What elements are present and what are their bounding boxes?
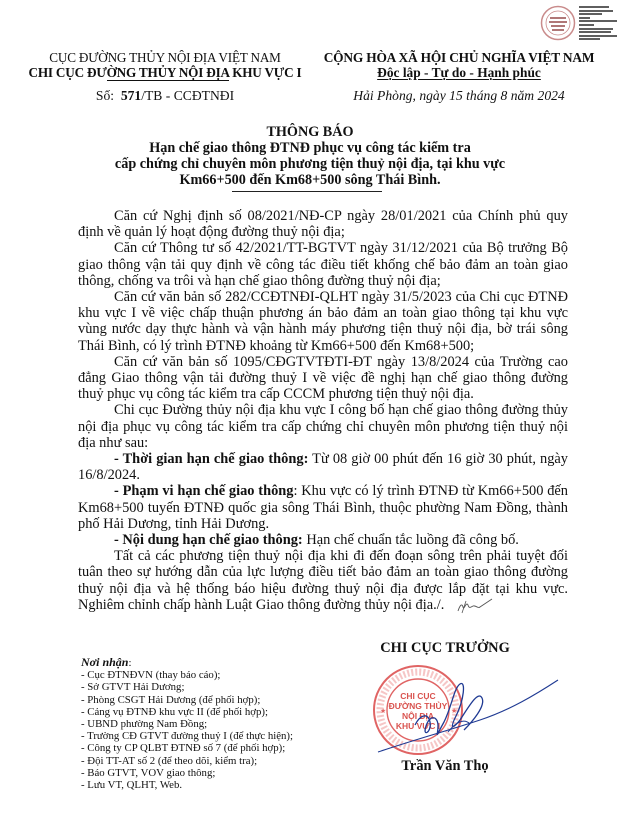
legal-basis-1: Căn cứ Nghị định số 08/2021/NĐ-CP ngày 2… — [78, 208, 568, 240]
restriction-content: - Nội dung hạn chế giao thông: Hạn chế c… — [78, 532, 568, 548]
seal-icon — [540, 5, 576, 41]
title-line-3: Km66+500 đến Km68+500 sông Thái Bình. — [60, 172, 560, 188]
legal-basis-2: Căn cứ Thông tư số 42/2021/TT-BGTVT ngày… — [78, 240, 568, 289]
title-line-2: cấp chứng chỉ chuyên môn phương tiện thu… — [60, 156, 560, 172]
recipient-item: - Sở GTVT Hải Dương; — [81, 681, 351, 693]
restriction-scope: - Phạm vi hạn chế giao thông: Khu vực có… — [78, 483, 568, 532]
recipient-item: - Cục ĐTNĐVN (thay báo cáo); — [81, 669, 351, 681]
restriction-time: - Thời gian hạn chế giao thông: Từ 08 gi… — [78, 451, 568, 483]
announcement: Chi cục Đường thủy nội địa khu vực I côn… — [78, 402, 568, 451]
signature-info-text — [579, 6, 617, 42]
signer-name: Trần Văn Thọ — [360, 758, 530, 775]
national-header: CỘNG HÒA XÃ HỘI CHỦ NGHĨA VIỆT NAM Độc l… — [300, 50, 618, 80]
recipient-item: - Lưu VT, QLHT, Web. — [81, 779, 351, 791]
parent-agency: CỤC ĐƯỜNG THỦY NỘI ĐỊA VIỆT NAM — [20, 50, 310, 65]
issuing-agency: CỤC ĐƯỜNG THỦY NỘI ĐỊA VIỆT NAM CHI CỤC … — [20, 50, 310, 80]
title-underline — [232, 191, 382, 192]
agency-name: CHI CỤC ĐƯỜNG THỦY NỘI ĐỊA KHU VỰC I — [20, 65, 310, 80]
title-line-1: Hạn chế giao thông ĐTNĐ phục vụ công tác… — [60, 140, 560, 156]
recipient-item: - Đội TT-AT số 2 (để theo dõi, kiểm tra)… — [81, 755, 351, 767]
initial-mark-icon — [454, 597, 494, 615]
document-number: Số: 571/TB - CCĐTNĐI — [40, 88, 290, 104]
place-date: Hải Phòng, ngày 15 tháng 8 năm 2024 — [300, 88, 618, 104]
notice-body: Căn cứ Nghị định số 08/2021/NĐ-CP ngày 2… — [78, 208, 568, 615]
legal-basis-3: Căn cứ văn bản số 282/CCĐTNĐI-QLHT ngày … — [78, 289, 568, 354]
recipient-item: - Báo GTVT, VOV giao thông; — [81, 767, 351, 779]
signer-title: CHI CỤC TRƯỞNG — [360, 640, 530, 657]
digital-signature-block — [540, 5, 618, 45]
legal-basis-4: Căn cứ văn bản số 1095/CĐGTVTĐTI-ĐT ngày… — [78, 354, 568, 403]
recipient-item: - Cảng vụ ĐTNĐ khu vực II (để phối hợp); — [81, 706, 351, 718]
national-motto: Độc lập - Tự do - Hạnh phúc — [377, 65, 541, 80]
recipient-item: - Phòng CSGT Hải Dương (để phối hợp); — [81, 694, 351, 706]
recipients-title: Nơi nhận: — [81, 656, 351, 669]
nation-name: CỘNG HÒA XÃ HỘI CHỦ NGHĨA VIỆT NAM — [300, 50, 618, 65]
recipient-item: - Công ty CP QLBT ĐTNĐ số 7 (để phối hợp… — [81, 742, 351, 754]
compliance-instruction: Tất cả các phương tiện thuỷ nội địa khi … — [78, 548, 568, 615]
recipient-item: - Trường CĐ GTVT đường thuỷ I (để thực h… — [81, 730, 351, 742]
recipient-item: - UBND phường Nam Đồng; — [81, 718, 351, 730]
recipients-list: Nơi nhận: - Cục ĐTNĐVN (thay báo cáo); -… — [81, 656, 351, 791]
document-title: THÔNG BÁO Hạn chế giao thông ĐTNĐ phục v… — [60, 124, 560, 188]
title-main: THÔNG BÁO — [60, 124, 560, 140]
handwritten-signature-icon — [360, 660, 560, 770]
